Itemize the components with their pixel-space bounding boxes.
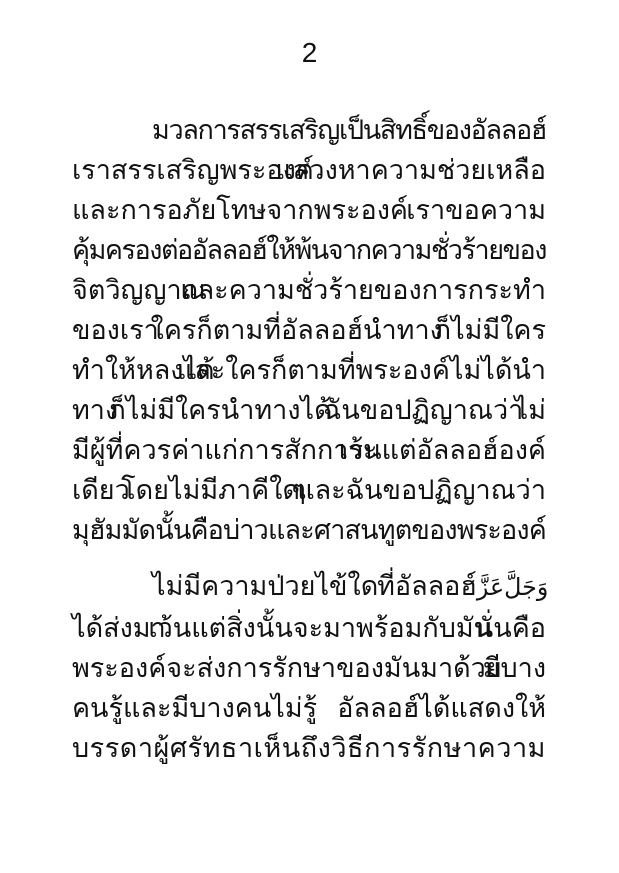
line-text: ทำให้หลงได้ และใครก็ตามที่พระองค์ไม่ได้น… [72,355,546,385]
paragraph1-line-2: เราสรรเสริญพระองค์ แสวงหาความช่วยเหลือ [72,150,546,190]
paragraph1-line-1: มวลการสรรเสริญเป็นสิทธิ์ของอัลลอฮ์ [72,110,546,150]
paragraph-2: ไม่มีความป่วยไข้ใด ที่อัลลอฮ์ عَزَّ وَجَ… [72,566,546,768]
line-text: คุ้มครองต่ออัลลอฮ์ให้พ้นจากความชั่วร้ายข… [72,235,546,265]
paragraph1-line-5: จิตวิญญาณ และความชั่วร้ายของการกระทำ [72,270,546,310]
line-text: ได้ส่งมา เว้นแต่สิ่งนั้นจะมาพร้อมกับมัน … [72,613,546,643]
paragraph1-line-10: เดียว โดยไม่มีภาคีใด ๆ และฉันขอปฏิญาณว่า [72,470,546,510]
paragraph1-line-8: ทาง ก็ไม่มีใครนำทางได้ ฉันขอปฏิญาณว่า ไม… [72,390,546,430]
line-text: พระองค์จะส่งการรักษาของมันมาด้วย มีบาง [72,653,546,683]
paragraph1-line-9: มีผู้ที่ควรค่าแก่การสักการะ เว้นแต่อัลลอ… [72,430,546,470]
paragraph1-line-3: และการอภัยโทษจากพระองค์ เราขอความ [72,190,546,230]
page-number: 2 [0,38,619,68]
thai-text: ไม่มีความป่วยไข้ใด ที่อัลลอฮ์ [152,571,477,601]
paragraph1-line-11: มุฮัมมัดนั้นคือบ่าวและศาสนทูตของพระองค์ [72,510,546,550]
document-page: 2 มวลการสรรเสริญเป็นสิทธิ์ของอัลลอฮ์ เรา… [0,0,619,873]
line-text: มุฮัมมัดนั้นคือบ่าวและศาสนทูตของพระองค์ [72,515,546,545]
line-text: บรรดาผู้ศรัทธาเห็นถึงวิธีการรักษาความ [72,733,546,763]
paragraph-1: มวลการสรรเสริญเป็นสิทธิ์ของอัลลอฮ์ เราสร… [72,110,546,550]
paragraph2-line-4: คนรู้และมีบางคนไม่รู้ อัลลอฮ์ได้แสดงให้ [72,688,546,728]
paragraph1-line-6: ของเรา ใครก็ตามที่อัลลอฮ์นำทาง ก็ไม่มีใค… [72,310,546,350]
line-text: มีผู้ที่ควรค่าแก่การสักการะ เว้นแต่อัลลอ… [72,435,546,465]
text-block: มวลการสรรเสริญเป็นสิทธิ์ของอัลลอฮ์ เราสร… [72,110,546,768]
paragraph2-line-5: บรรดาผู้ศรัทธาเห็นถึงวิธีการรักษาความ [72,728,546,768]
paragraph1-line-7: ทำให้หลงได้ และใครก็ตามที่พระองค์ไม่ได้น… [72,350,546,390]
arabic-honorific-word-1: عَزَّ [477,574,504,601]
paragraph2-line-2: ได้ส่งมา เว้นแต่สิ่งนั้นจะมาพร้อมกับมัน … [72,608,546,648]
line-text: และการอภัยโทษจากพระองค์ เราขอความ [72,195,546,225]
line-text: เราสรรเสริญพระองค์ แสวงหาความช่วยเหลือ [72,155,546,185]
line-text: ไม่มีความป่วยไข้ใด ที่อัลลอฮ์ عَزَّ وَجَ… [152,571,548,601]
line-text: เดียว โดยไม่มีภาคีใด ๆ และฉันขอปฏิญาณว่า [72,475,546,505]
line-text: ทาง ก็ไม่มีใครนำทางได้ ฉันขอปฏิญาณว่า ไม… [72,395,546,425]
paragraph2-line-3: พระองค์จะส่งการรักษาของมันมาด้วย มีบาง [72,648,546,688]
line-text: คนรู้และมีบางคนไม่รู้ อัลลอฮ์ได้แสดงให้ [72,693,546,723]
paragraph1-line-4: คุ้มครองต่ออัลลอฮ์ให้พ้นจากความชั่วร้ายข… [72,230,546,270]
line-text: มวลการสรรเสริญเป็นสิทธิ์ของอัลลอฮ์ [152,115,546,145]
arabic-honorific-word-2: وَجَلَّ [504,574,548,601]
line-text: ของเรา ใครก็ตามที่อัลลอฮ์นำทาง ก็ไม่มีใค… [72,315,546,345]
line-text: จิตวิญญาณ และความชั่วร้ายของการกระทำ [72,275,546,305]
paragraph2-line-1: ไม่มีความป่วยไข้ใด ที่อัลลอฮ์ عَزَّ وَجَ… [72,566,546,608]
